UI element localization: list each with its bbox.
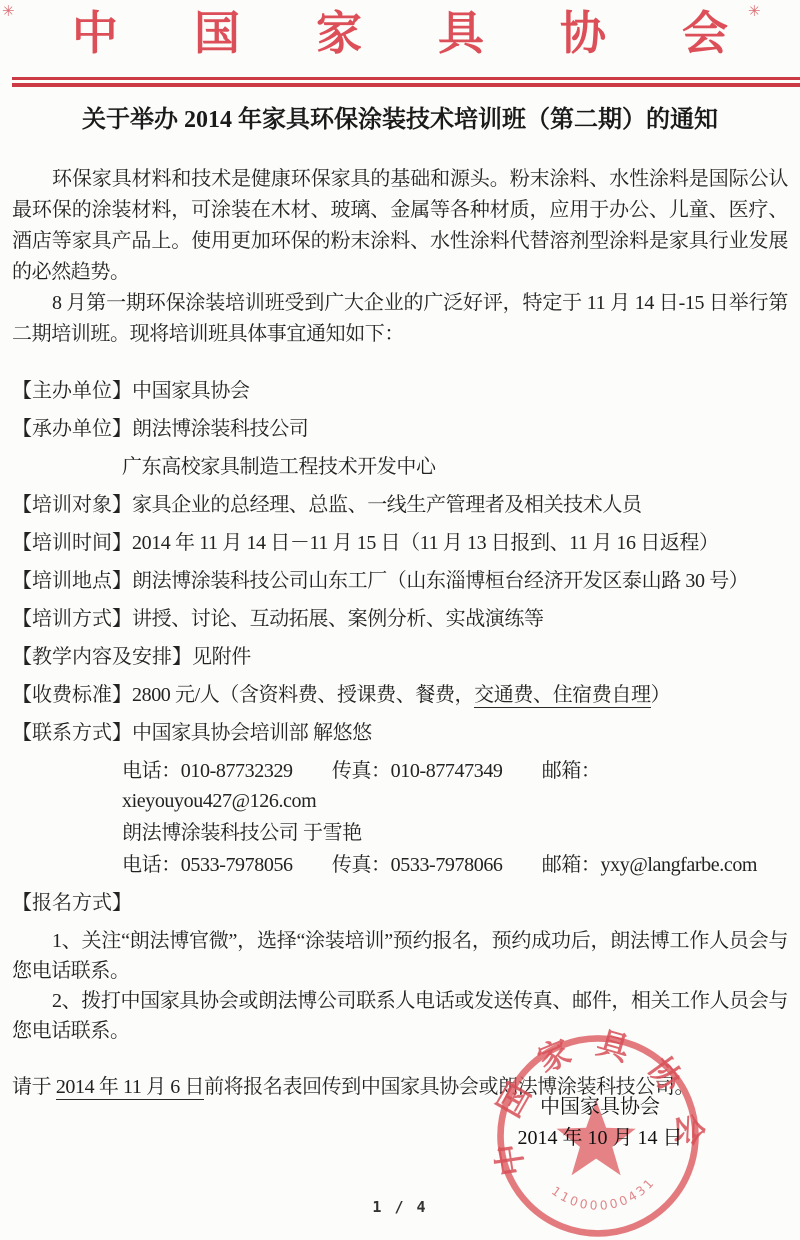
section-method: 【培训方式】讲授、讨论、互动拓展、案例分析、实战演练等: [12, 604, 788, 634]
intro-text: 环保家具材料和技术是健康环保家具的基础和源头。粉末涂料、水性涂料是国际公认最环保…: [12, 164, 788, 350]
corner-mark-icon: ✳: [2, 2, 15, 21]
section-text: ）: [651, 684, 671, 706]
contact-phone-line-2: 电话：0533-7978056 传真：0533-7978066 邮箱：yxy@l…: [122, 850, 788, 880]
header-divider: [12, 77, 800, 87]
section-fee: 【收费标准】2800 元/人（含资料费、授课费、餐费，交通费、住宿费自理）: [12, 680, 788, 710]
section-time: 【培训时间】2014 年 11 月 14 日－11 月 15 日（11 月 13…: [12, 528, 788, 558]
letterhead-org-title: 中国家具协会: [38, 0, 800, 62]
divider-line-top: [12, 77, 800, 80]
section-text: 见附件: [192, 646, 251, 668]
section-label: 【培训方式】: [12, 608, 132, 630]
section-text: 朗法博涂装科技公司: [132, 418, 308, 440]
section-contact: 【联系方式】中国家具协会培训部 解悠悠: [12, 718, 788, 748]
section-label: 【收费标准】: [12, 684, 132, 706]
section-label: 【教学内容及安排】: [12, 646, 192, 668]
section-organizer: 【承办单位】朗法博涂装科技公司: [12, 414, 788, 444]
section-host: 【主办单位】中国家具协会: [12, 376, 788, 406]
section-text: 中国家具协会: [132, 380, 250, 402]
section-enroll: 【报名方式】: [12, 888, 788, 918]
section-label: 【报名方式】: [12, 892, 132, 914]
section-label: 【主办单位】: [12, 380, 132, 402]
section-text: 家具企业的总经理、总监、一线生产管理者及相关技术人员: [132, 494, 642, 516]
section-text: 2014 年 11 月 14 日－11 月 15 日（11 月 13 日报到、1…: [132, 532, 719, 554]
fee-self-paid-underline: 交通费、住宿费自理: [474, 684, 650, 708]
section-label: 【培训时间】: [12, 532, 132, 554]
signature-block: 中国家具协会 2014 年 10 月 14 日: [460, 1092, 740, 1154]
page-number: 1 / 4: [350, 1198, 450, 1216]
deadline-prefix: 请于: [12, 1076, 56, 1098]
signature-org: 中国家具协会: [460, 1092, 740, 1123]
intro-paragraph-1: 环保家具材料和技术是健康环保家具的基础和源头。粉末涂料、水性涂料是国际公认最环保…: [12, 164, 788, 288]
signature-date: 2014 年 10 月 14 日: [460, 1123, 740, 1154]
section-audience: 【培训对象】家具企业的总经理、总监、一线生产管理者及相关技术人员: [12, 490, 788, 520]
notice-sections: 【主办单位】中国家具协会 【承办单位】朗法博涂装科技公司 广东高校家具制造工程技…: [12, 376, 788, 1046]
section-content: 【教学内容及安排】见附件: [12, 642, 788, 672]
section-label: 【承办单位】: [12, 418, 132, 440]
contact-phone-line-1: 电话：010-87732329 传真：010-87747349 邮箱：xieyo…: [122, 756, 788, 816]
section-label: 【培训地点】: [12, 570, 132, 592]
divider-line-bottom: [12, 83, 800, 87]
section-text: 2800 元/人（含资料费、授课费、餐费，: [132, 684, 474, 706]
contact-person-2: 朗法博涂装科技公司 于雪艳: [122, 818, 788, 848]
section-text: 朗法博涂装科技公司山东工厂（山东淄博桓台经济开发区泰山路 30 号）: [132, 570, 748, 592]
section-organizer-line2: 广东高校家具制造工程技术开发中心: [122, 452, 788, 482]
enroll-method-1: 1、关注“朗法博官微”，选择“涂装培训”预约报名，预约成功后，朗法博工作人员会与…: [12, 926, 788, 986]
deadline-date-underline: 2014 年 11 月 6 日: [56, 1076, 204, 1100]
section-location: 【培训地点】朗法博涂装科技公司山东工厂（山东淄博桓台经济开发区泰山路 30 号）: [12, 566, 788, 596]
intro-paragraph-2: 8 月第一期环保涂装培训班受到广大企业的广泛好评，特定于 11 月 14 日-1…: [12, 288, 788, 350]
section-label: 【联系方式】: [12, 722, 132, 744]
notice-title: 关于举办 2014 年家具环保涂装技术培训班（第二期）的通知: [0, 99, 800, 134]
contact-person-1: 中国家具协会培训部 解悠悠: [132, 722, 372, 744]
section-label: 【培训对象】: [12, 494, 132, 516]
section-text: 讲授、讨论、互动拓展、案例分析、实战演练等: [132, 608, 544, 630]
document-page: ✳ ✳ 中国家具协会 关于举办 2014 年家具环保涂装技术培训班（第二期）的通…: [0, 0, 800, 1240]
